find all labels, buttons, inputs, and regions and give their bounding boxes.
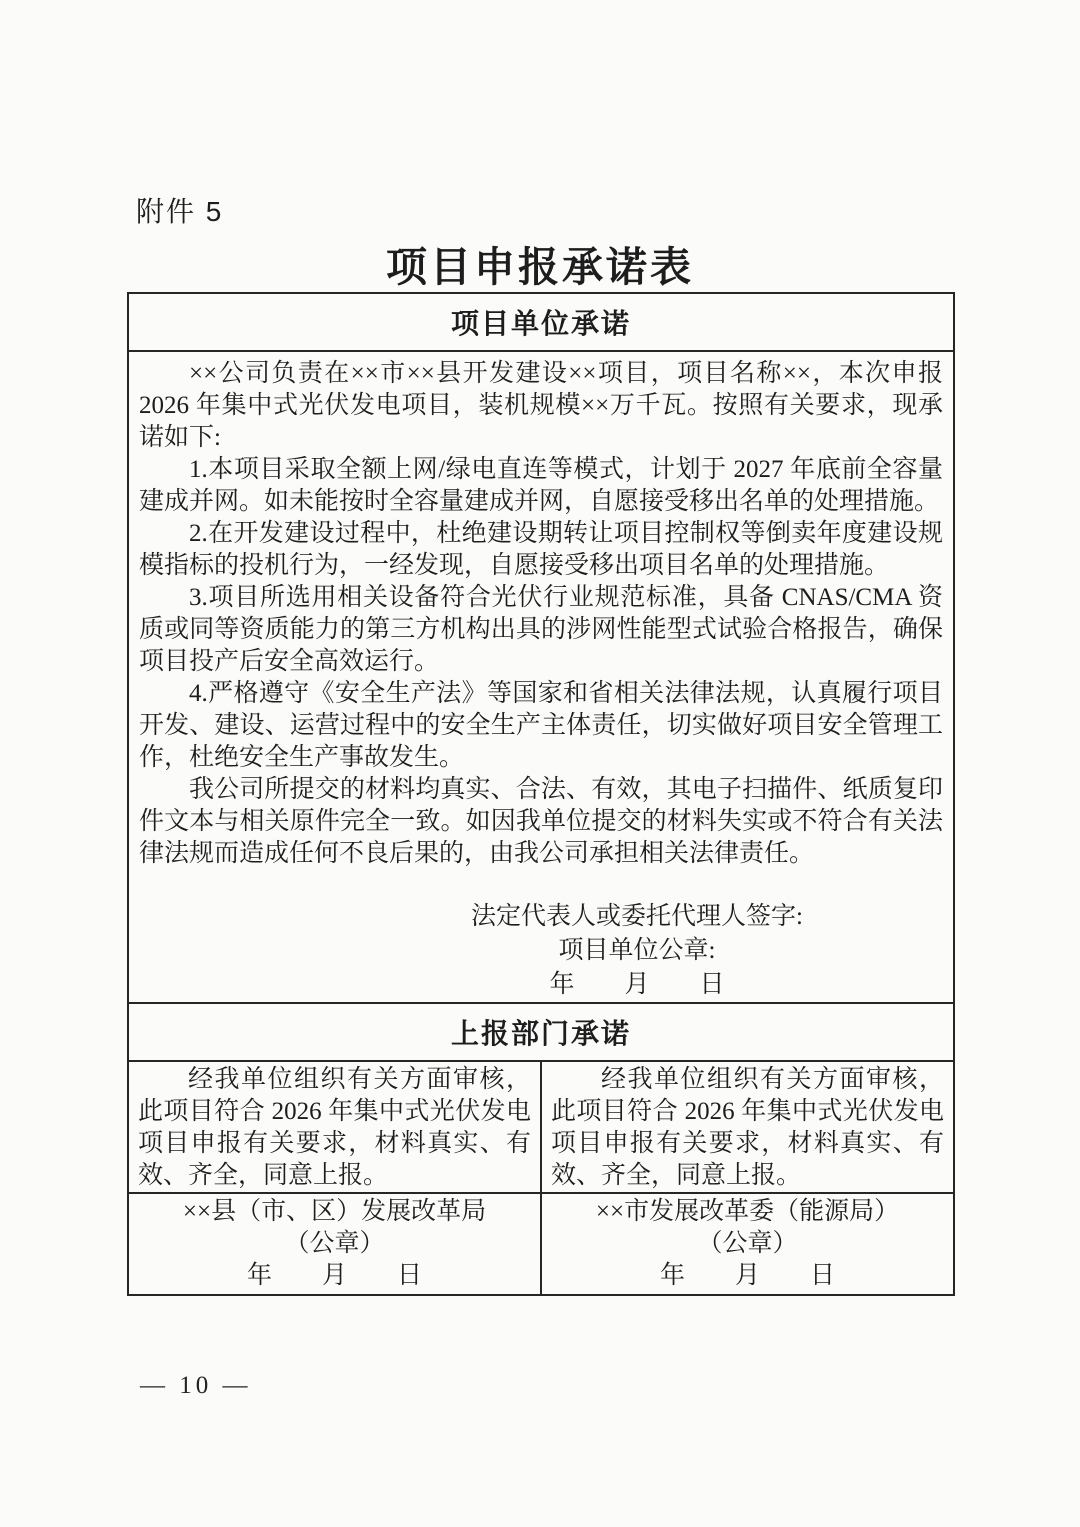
commitment-item-1: 1.本项目采取全额上网/绿电直连等模式，计划于 2027 年底前全容量建成并网。… [139,454,943,518]
county-review-cell: 经我单位组织有关方面审核，此项目符合 2026 年集中式光伏发电项目申报有关要求… [129,1062,540,1192]
city-seal-label: （公章） [542,1228,953,1260]
page-number: — 10 — [140,1372,252,1400]
commitment-item-3: 3.项目所选用相关设备符合光伏行业规范标准，具备 CNAS/CMA 资质或同等资… [139,582,943,678]
review-row: 经我单位组织有关方面审核，此项目符合 2026 年集中式光伏发电项目申报有关要求… [129,1062,953,1194]
commitment-item-4: 4.严格遵守《安全生产法》等国家和省相关法律法规，认真履行项目开发、建设、运营过… [139,678,943,774]
unit-section-header: 项目单位承诺 [129,294,953,352]
city-date-line: 年 月 日 [542,1260,953,1292]
county-date-line: 年 月 日 [129,1260,540,1292]
page-title: 项目申报承诺表 [0,234,1080,293]
commitment-table: 项目单位承诺 ××公司负责在××市××县开发建设××项目，项目名称××，本次申报… [127,292,955,1296]
county-authority-name: ××县（市、区）发展改革局 [129,1196,540,1228]
document-page: 附件 5 项目申报承诺表 项目单位承诺 ××公司负责在××市××县开发建设××项… [0,0,1080,1527]
commitment-item-2: 2.在开发建设过程中，杜绝建设期转让项目控制权等倒卖年度建设规模指标的投机行为，… [139,518,943,582]
stamp-row: ××县（市、区）发展改革局 （公章） 年 月 日 ××市发展改革委（能源局） （… [129,1194,953,1294]
attachment-label: 附件 5 [136,190,223,230]
city-review-cell: 经我单位组织有关方面审核，此项目符合 2026 年集中式光伏发电项目申报有关要求… [540,1062,953,1192]
city-stamp-cell: ××市发展改革委（能源局） （公章） 年 月 日 [540,1194,953,1294]
county-seal-label: （公章） [129,1228,540,1260]
commitment-intro-paragraph: ××公司负责在××市××县开发建设××项目，项目名称××，本次申报 2026 年… [139,358,943,454]
unit-seal-line: 项目单位公章: [471,934,803,968]
commitment-closing-paragraph: 我公司所提交的材料均真实、合法、有效，其电子扫描件、纸质复印件文本与相关原件完全… [139,774,943,870]
date-line: 年 月 日 [471,968,803,1002]
report-section-header: 上报部门承诺 [129,1004,953,1062]
city-authority-name: ××市发展改革委（能源局） [542,1196,953,1228]
signature-block: 法定代表人或委托代理人签字: 项目单位公章: 年 月 日 [471,900,803,1002]
unit-commitment-body: ××公司负责在××市××县开发建设××项目，项目名称××，本次申报 2026 年… [129,352,953,1004]
county-stamp-cell: ××县（市、区）发展改革局 （公章） 年 月 日 [129,1194,540,1294]
legal-representative-signature-line: 法定代表人或委托代理人签字: [471,900,803,934]
